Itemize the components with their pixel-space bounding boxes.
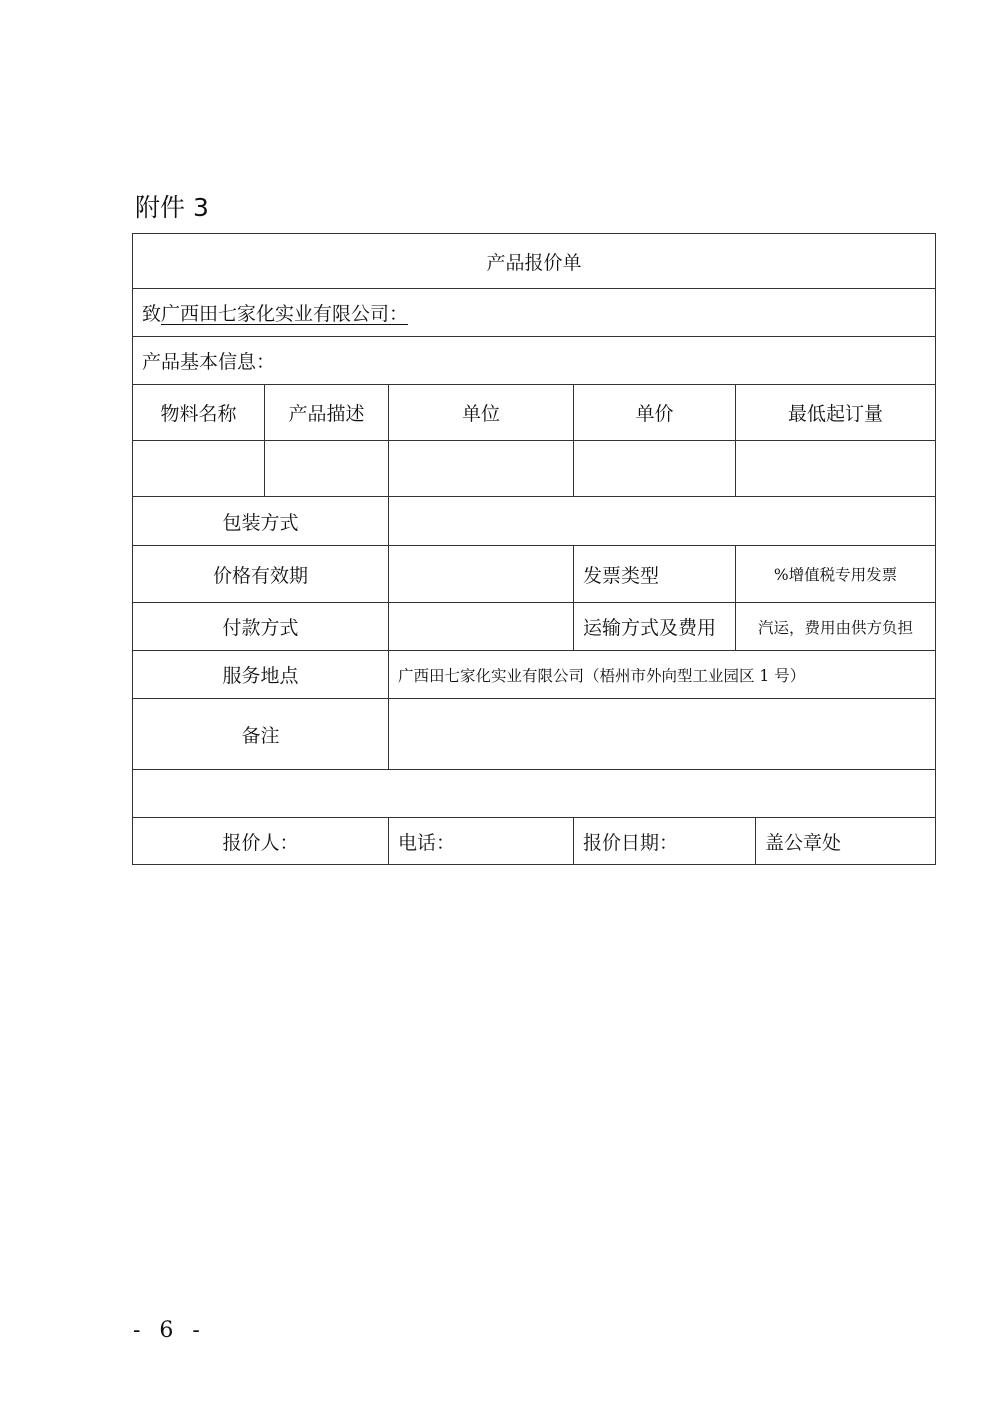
addressee-company: 广西田七家化实业有限公司： — [161, 303, 408, 325]
seal-label: 盖公章处 — [756, 818, 936, 865]
quotation-form-table: 产品报价单 致广西田七家化实业有限公司： 产品基本信息： 物料名称 产品描述 单… — [132, 233, 936, 865]
page-number: - 6 - — [133, 1318, 206, 1343]
section-label: 产品基本信息： — [133, 337, 936, 385]
phone-label[interactable]: 电话： — [389, 818, 574, 865]
col-header-material: 物料名称 — [133, 385, 265, 441]
quote-date-label[interactable]: 报价日期： — [574, 818, 756, 865]
col-header-moq: 最低起订量 — [736, 385, 936, 441]
payment-input-cell[interactable] — [389, 603, 574, 651]
price-input-cell[interactable] — [574, 441, 736, 497]
addressee-prefix: 致 — [142, 303, 161, 325]
col-header-description: 产品描述 — [265, 385, 389, 441]
moq-input-cell[interactable] — [736, 441, 936, 497]
invoice-value: %增值税专用发票 — [736, 546, 936, 603]
remarks-label: 备注 — [133, 699, 389, 770]
validity-input-cell[interactable] — [389, 546, 574, 603]
invoice-label: 发票类型 — [574, 546, 736, 603]
form-title: 产品报价单 — [133, 234, 936, 289]
blank-row — [133, 770, 936, 818]
service-location-label: 服务地点 — [133, 651, 389, 699]
validity-label: 价格有效期 — [133, 546, 389, 603]
transport-value: 汽运，费用由供方负担 — [736, 603, 936, 651]
packaging-label: 包装方式 — [133, 497, 389, 546]
description-input-cell[interactable] — [265, 441, 389, 497]
col-header-price: 单价 — [574, 385, 736, 441]
transport-label: 运输方式及费用 — [574, 603, 736, 651]
packaging-input-cell[interactable] — [389, 497, 936, 546]
attachment-label: 附件 3 — [135, 188, 209, 224]
service-location-value: 广西田七家化实业有限公司（梧州市外向型工业园区 1 号） — [389, 651, 936, 699]
material-input-cell[interactable] — [133, 441, 265, 497]
remarks-input-cell[interactable] — [389, 699, 936, 770]
payment-label: 付款方式 — [133, 603, 389, 651]
addressee-row: 致广西田七家化实业有限公司： — [133, 289, 936, 337]
unit-input-cell[interactable] — [389, 441, 574, 497]
quoter-label[interactable]: 报价人： — [133, 818, 389, 865]
col-header-unit: 单位 — [389, 385, 574, 441]
